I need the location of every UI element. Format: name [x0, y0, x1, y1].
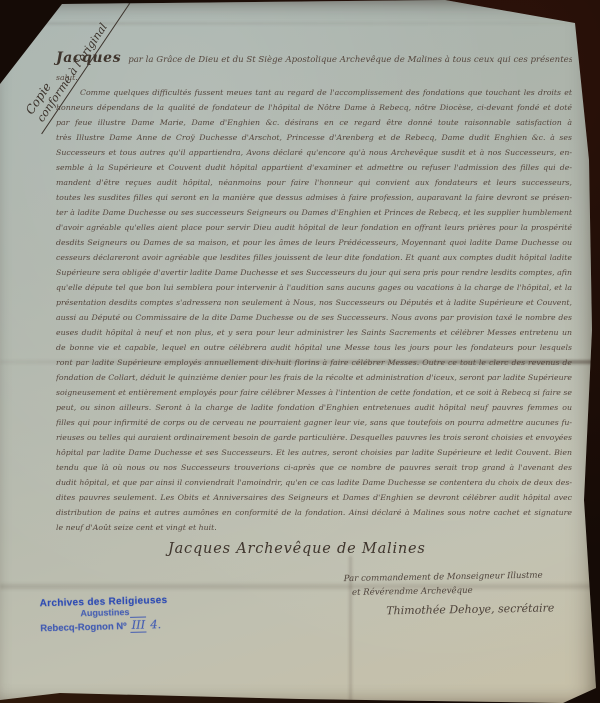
letter-body-line: semble à la Supérieure et Couvent dudit …: [56, 160, 572, 175]
letter-body-line: salut.: [56, 70, 572, 85]
letter-body-line: aussi au Député ou Commissaire de la dit…: [56, 310, 572, 325]
document-photo: Copie conforme à l'original Jacques par …: [0, 0, 600, 703]
stamp-handwritten-number: 4.: [150, 617, 161, 631]
letter-body-line: le neuf d'Août seize cent et vingt et hu…: [56, 520, 572, 535]
letter-body-line: dudit hôpital, et que par ainsi il convi…: [56, 475, 572, 490]
letter-body-line: présentation desdits comptes s'adressera…: [56, 295, 572, 310]
letter-body-line: filles qui pour infirmité de corps ou de…: [56, 415, 572, 430]
letter-body-line: très Illustre Dame Anne de Croÿ Duchesse…: [56, 130, 572, 145]
letter-body-line: ter à ladite Dame Duchesse ou ses succes…: [56, 205, 572, 220]
letter-body-line: Successeurs et tous autres qu'il apparti…: [56, 145, 572, 160]
letter-body-line: ront par ladite Supérieure employés annu…: [56, 355, 572, 370]
letter-body-line: par feue illustre Dame Marie, Dame d'Eng…: [56, 115, 572, 130]
letter-body-line: qu'elle députe tel que bon lui semblera …: [56, 280, 572, 295]
secretary-countersignature: Par commandement de Monseigneur Illustme…: [344, 568, 585, 620]
letter-body-line: fondation de Collart, déduit le quinzièm…: [56, 370, 572, 385]
letter-body-line: distribution de pains et autres aumônes …: [56, 505, 572, 520]
archive-stamp: Archives des Religieuses Augustines Rebe…: [40, 594, 216, 636]
letter-body-line: toutes les susdites filles qui seront en…: [56, 190, 572, 205]
letter-body-line: soigneusement et entièrement employés po…: [56, 385, 572, 400]
letter-heading: Jacques par la Grâce de Dieu et du St Si…: [56, 50, 572, 66]
countersign-line2: et Révérendme Archevêque: [344, 582, 584, 600]
letter-heading-text: par la Grâce de Dieu et du St Siège Apos…: [128, 55, 572, 65]
letter-body-line: d'avoir agréable qu'elles aient place po…: [56, 220, 572, 235]
secretary-signature: Thimothée Dehoye, secrétaire: [344, 600, 584, 620]
letter-body-line: rieuses ou telles qui auraient ordinaire…: [56, 430, 572, 445]
letter-author-name: Jacques: [56, 50, 121, 66]
stamp-line3: Rebecq-Rognon Nº III 4.: [40, 615, 215, 636]
stamp-line3-text: Rebecq-Rognon Nº: [40, 621, 127, 634]
letter-body-line: hôpital par ladite Dame Duchesse et ses …: [56, 445, 572, 460]
archbishop-signature: Jacques Archevêque de Malines: [168, 541, 458, 557]
letter-body-line: dites pauvres seulement. Les Obits et An…: [56, 490, 572, 505]
letter-body-line: desdits Seigneurs ou Dames de sa maison,…: [56, 235, 572, 250]
letter-body-line: Supérieure sera obligée d'avertir ladite…: [56, 265, 572, 280]
letter-body-line: honneurs dépendans de la qualité de fond…: [56, 100, 572, 115]
letter-body-line: de bonne vie et capable, lequel en outre…: [56, 340, 572, 355]
letter-body: salut.Comme quelques difficultés fussent…: [56, 70, 572, 535]
letter-body-line: peut, ou sinon ailleurs. Seront à la cha…: [56, 400, 572, 415]
letter-body-line: euses dudit hôpital à neuf et non plus, …: [56, 325, 572, 340]
letter-body-line: Comme quelques difficultés fussent meues…: [56, 85, 572, 100]
letter-body-line: mandent d'être reçues audit hôpital, néa…: [56, 175, 572, 190]
letter-body-line: tendu que là où nous ou nos Successeurs …: [56, 460, 572, 475]
letter-body-line: cesseurs déclareront avoir agréable que …: [56, 250, 572, 265]
stamp-handwritten-roman: III: [130, 617, 146, 633]
manuscript-paper: Copie conforme à l'original Jacques par …: [0, 0, 600, 703]
